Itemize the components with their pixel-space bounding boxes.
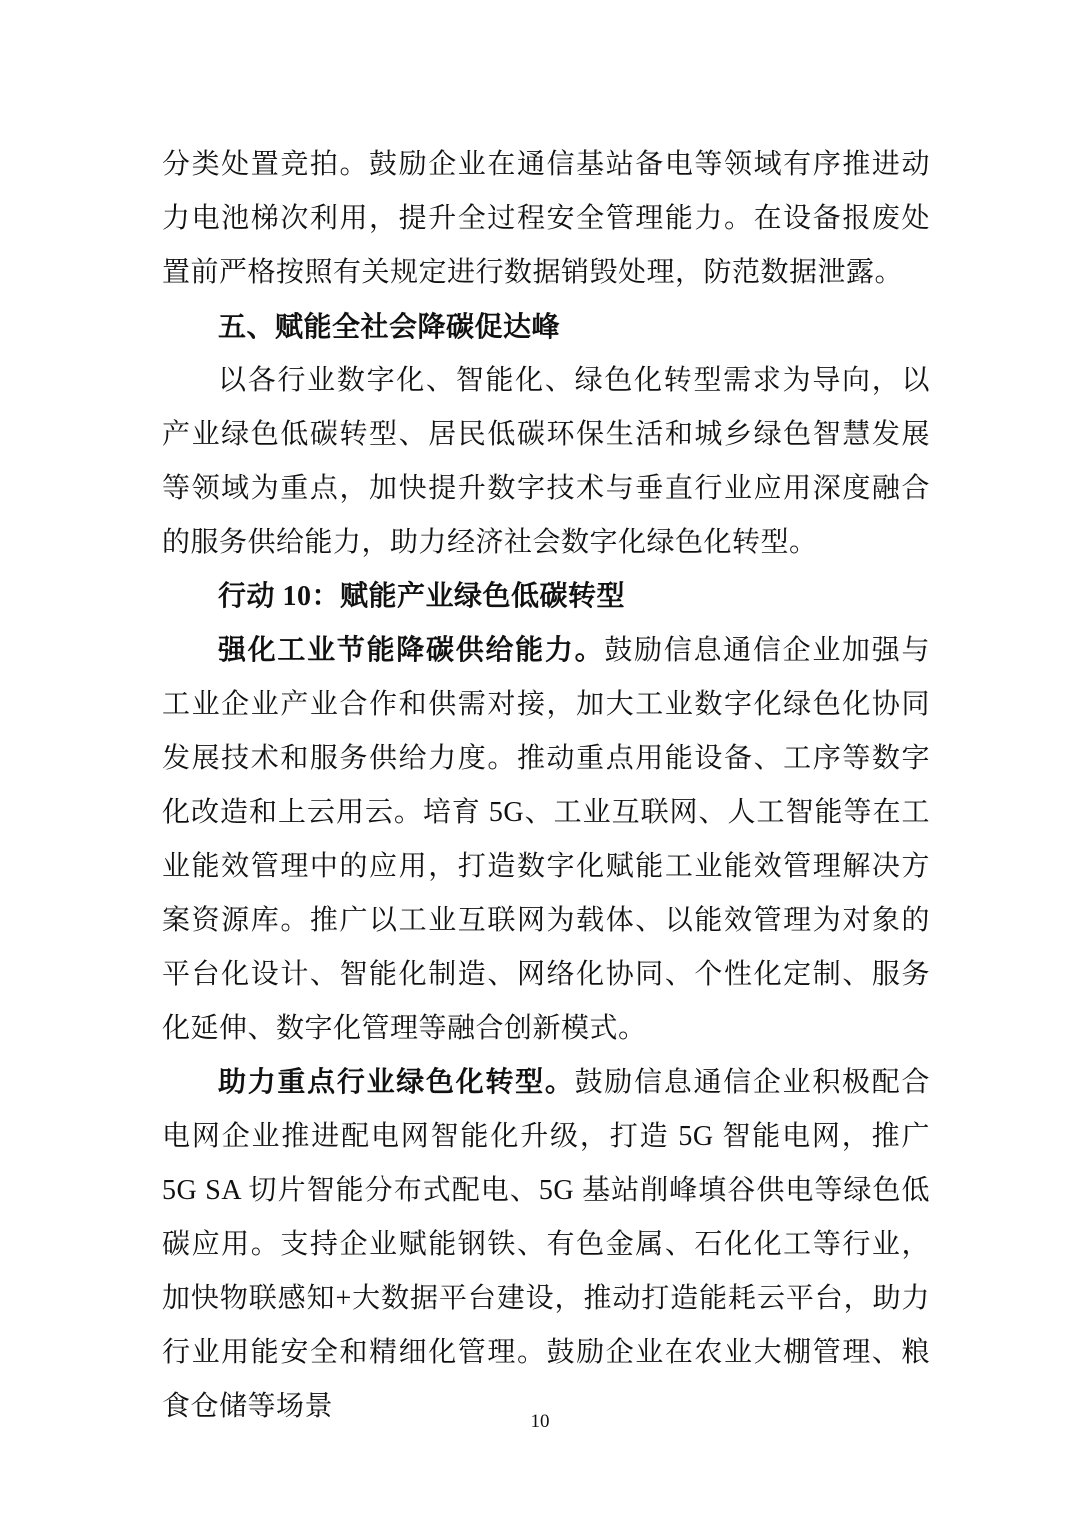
section-heading-five: 五、赋能全社会降碳促达峰 <box>162 300 930 354</box>
paragraph-section-intro: 以各行业数字化、智能化、绿色化转型需求为导向，以产业绿色低碳转型、居民低碳环保生… <box>162 354 930 570</box>
paragraph-key-sectors-body: 鼓励信息通信企业积极配合电网企业推进配电网智能化升级，打造 5G 智能电网，推广… <box>162 1067 930 1422</box>
paragraph-industry-energy-body: 鼓励信息通信企业加强与工业企业产业合作和供需对接，加大工业数字化绿色化协同发展技… <box>162 635 930 1044</box>
document-page: 分类处置竞拍。鼓励企业在通信基站备电等领域有序推进动力电池梯次利用，提升全过程安… <box>0 0 1080 1527</box>
paragraph-industry-energy-lead: 强化工业节能降碳供给能力。 <box>218 635 604 666</box>
page-content: 分类处置竞拍。鼓励企业在通信基站备电等领域有序推进动力电池梯次利用，提升全过程安… <box>162 138 930 1434</box>
paragraph-battery-recycling-continuation: 分类处置竞拍。鼓励企业在通信基站备电等领域有序推进动力电池梯次利用，提升全过程安… <box>162 138 930 300</box>
action-10-heading: 行动 10：赋能产业绿色低碳转型 <box>162 570 930 624</box>
page-number: 10 <box>0 1408 1080 1436</box>
paragraph-key-sectors-lead: 助力重点行业绿色化转型。 <box>218 1067 575 1098</box>
paragraph-key-sectors: 助力重点行业绿色化转型。鼓励信息通信企业积极配合电网企业推进配电网智能化升级，打… <box>162 1056 930 1434</box>
paragraph-industry-energy: 强化工业节能降碳供给能力。鼓励信息通信企业加强与工业企业产业合作和供需对接，加大… <box>162 624 930 1056</box>
